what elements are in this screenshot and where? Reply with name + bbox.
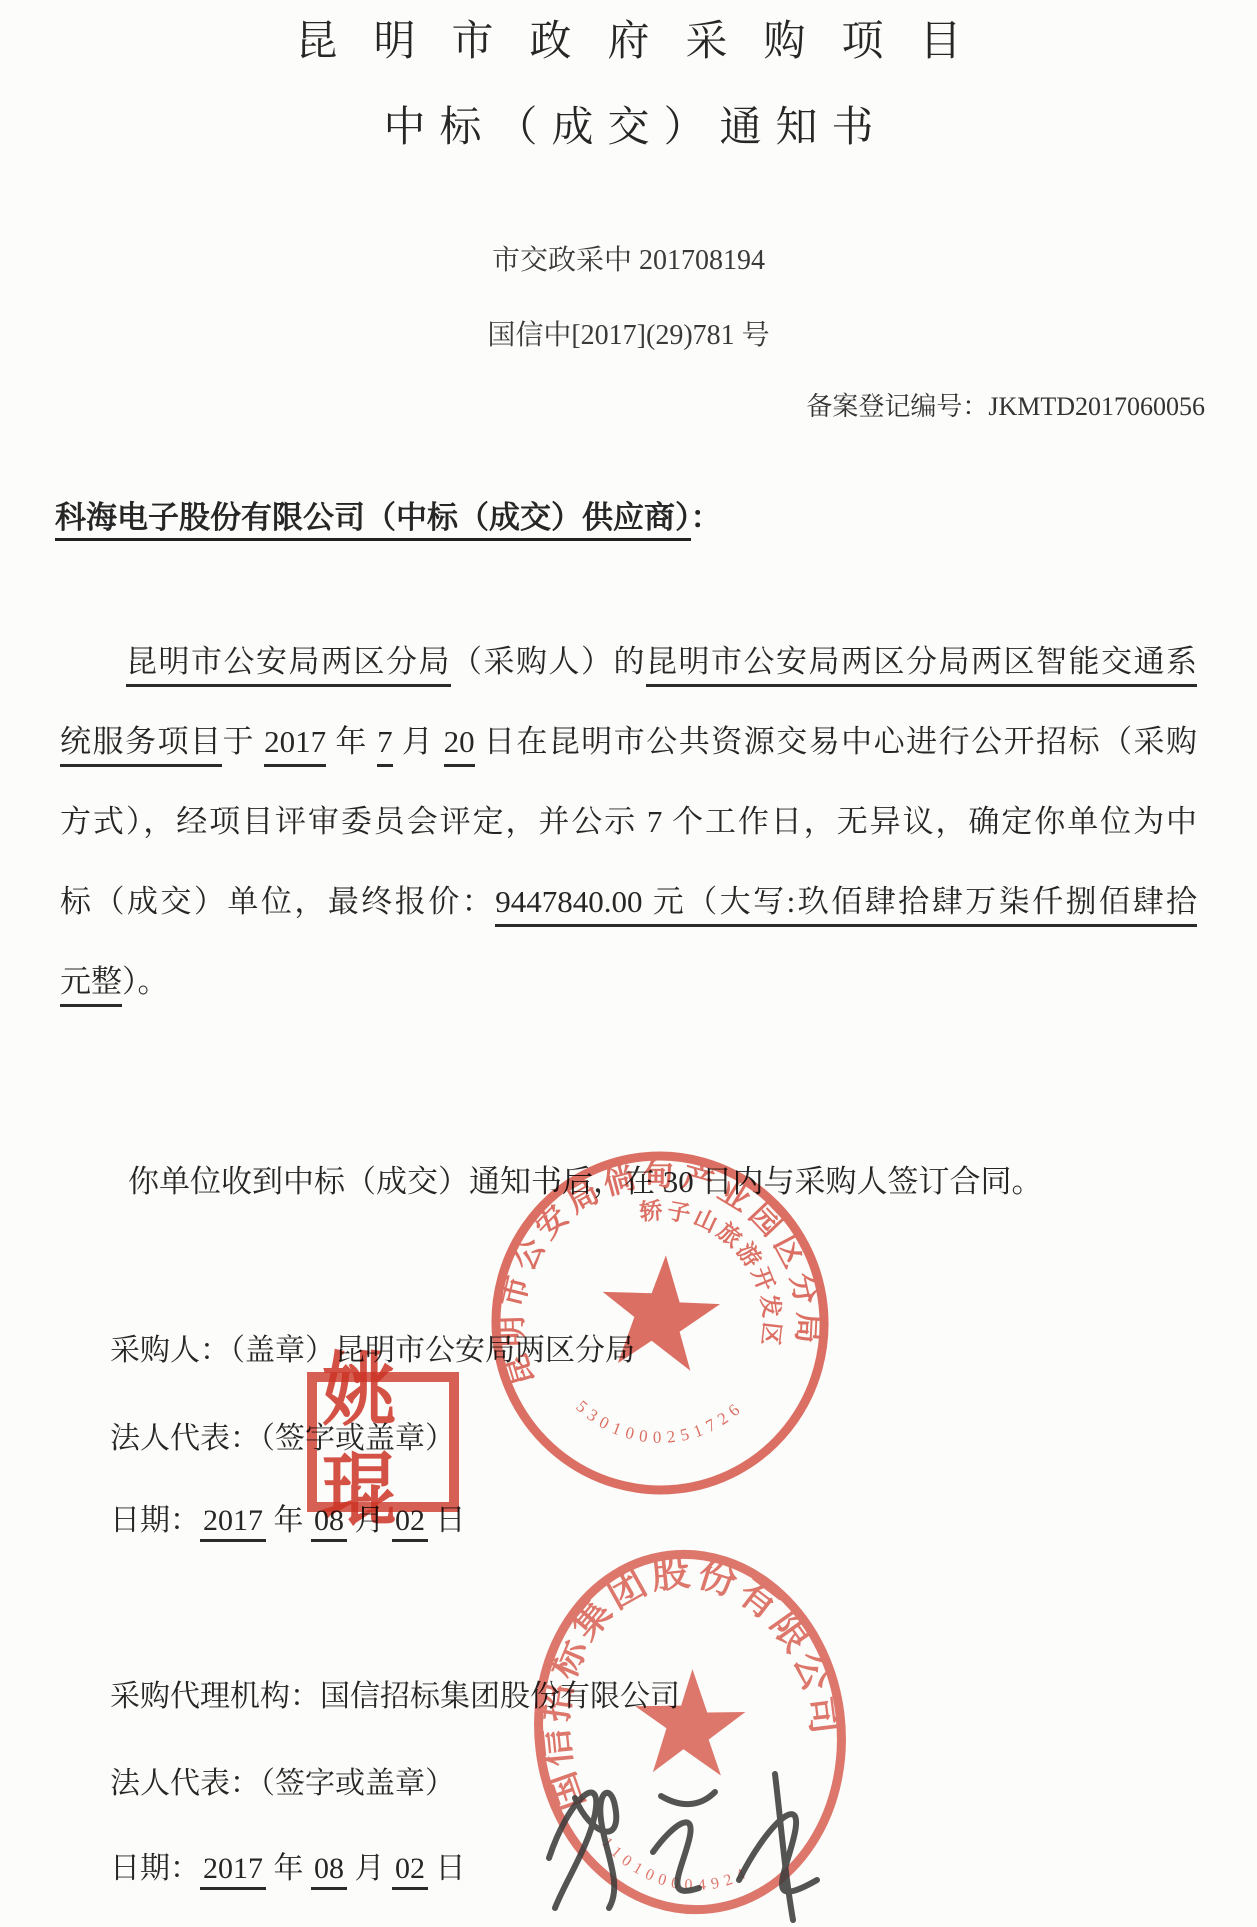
handwritten-signature [535, 1740, 825, 1925]
body-line: 方式），经项目评审委员会评定，并公示 7 个工作日，无异议，确定你单位为中 [60, 782, 1197, 862]
agency-representative-line: 法人代表：（签字或盖章） [110, 1765, 455, 1803]
text-segment: 年 [266, 1852, 311, 1885]
text-segment: 科海电子股份有限公司（中标（成交）供应商） [55, 500, 691, 541]
body-line: 统服务项目于 2017 年 7 月 20 日在昆明市公共资源交易中心进行公开招标… [60, 702, 1197, 782]
text-segment: 7 [377, 724, 393, 767]
document-title-line1: 昆明市政府采购项目 [0, 8, 1257, 68]
body-line: 昆明市公安局两区分局（采购人）的昆明市公安局两区分局两区智能交通系 [60, 622, 1197, 702]
text-segment: 2017 [200, 1504, 266, 1542]
text-segment: 日在昆明市公共资源交易中心进行公开招标（采购 [475, 724, 1197, 759]
personal-name-seal-stamp: 姚琨 [307, 1372, 459, 1512]
body-line: 标（成交）单位，最终报价：9447840.00 元（大写:玖佰肆拾肆万柒仟捌佰肆… [60, 862, 1197, 942]
text-segment: 年 [326, 724, 377, 759]
text-segment: ）。 [122, 964, 169, 999]
purchaser-seal-code: 5301000251726 [571, 1380, 751, 1456]
text-segment: 年 [266, 1504, 311, 1537]
text-segment: 统服务项目 [60, 724, 222, 767]
text-segment: ： [691, 500, 722, 535]
text-segment: 标（成交）单位，最终报价： [60, 884, 495, 919]
text-segment: 昆明市公安局两区分局 [126, 644, 451, 687]
text-segment: 2017 [200, 1852, 266, 1890]
text-segment: 日期： [110, 1852, 200, 1885]
text-segment: 9447840.00 元（大写:玖佰肆拾肆万柒仟捌佰肆拾 [495, 884, 1197, 927]
text-segment: 日期： [110, 1504, 200, 1537]
text-segment: 日 [428, 1852, 466, 1885]
body-line: 元整）。 [60, 942, 1197, 1022]
document-title-line2: 中标（成交）通知书 [0, 94, 1257, 154]
purchaser-seal-star-icon [600, 1250, 727, 1379]
body-paragraph: 昆明市公安局两区分局（采购人）的昆明市公安局两区分局两区智能交通系 统服务项目于… [60, 622, 1197, 1022]
text-segment: 20 [444, 724, 475, 767]
text-segment: 08 [311, 1852, 347, 1890]
text-segment: 元整 [60, 964, 122, 1007]
text-segment: 2017 [264, 724, 326, 767]
text-segment: 于 [222, 724, 264, 759]
text-segment: （采购人）的 [451, 644, 646, 679]
purchaser-seal-ring-text: 昆明市公安局倘甸产业园区分局 [480, 1145, 831, 1391]
text-segment: 月 [347, 1852, 392, 1885]
agency-date-line: 日期：2017 年 08 月 02 日 [110, 1850, 466, 1888]
purchaser-round-seal-stamp: 昆明市公安局倘甸产业园区分局 轿子山旅游开发区 5301000251726 [480, 1145, 840, 1505]
text-segment: 月 [393, 724, 444, 759]
doc-number-guoxin: 国信中[2017](29)781 号 [0, 313, 1257, 353]
personal-name-seal-text: 姚琨 [322, 1342, 443, 1542]
doc-number-procurement: 市交政采中 201708194 [0, 238, 1257, 278]
scanned-award-notice-document: 昆明市政府采购项目 中标（成交）通知书 市交政采中 201708194 国信中[… [0, 0, 1257, 1927]
registration-number: 备案登记编号：JKMTD2017060056 [806, 386, 1205, 423]
text-segment: 方式），经项目评审委员会评定，并公示 7 个工作日，无异议，确定你单位为中 [60, 804, 1197, 839]
text-segment: 02 [392, 1852, 428, 1890]
text-segment: 法人代表：（签字或盖章） [110, 1767, 455, 1800]
addressee-supplier-line: 科海电子股份有限公司（中标（成交）供应商）： [55, 492, 722, 537]
svg-text:昆明市公安局倘甸产业园区分局: 昆明市公安局倘甸产业园区分局 [480, 1145, 831, 1391]
svg-text:5301000251726: 5301000251726 [571, 1380, 751, 1456]
text-segment: 昆明市公安局两区分局两区智能交通系 [646, 644, 1197, 687]
